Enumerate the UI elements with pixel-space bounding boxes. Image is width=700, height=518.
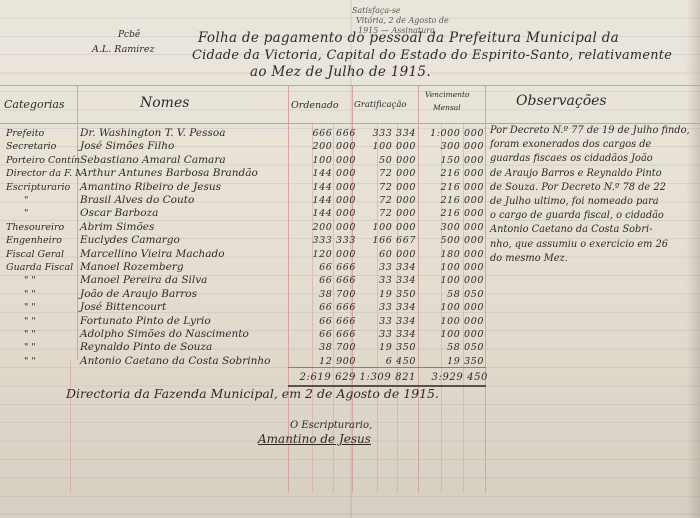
totals-top-rule: [288, 367, 486, 368]
observacao-line: nho, que assumiu o exercicio em 26: [490, 238, 696, 252]
place-date-line: Directoria da Fazenda Municipal, em 2 de…: [66, 386, 439, 401]
observacao-line: Antonio Caetano da Costa Sobri-: [490, 223, 696, 237]
row-nome: Antonio Caetano da Costa Sobrinho: [80, 353, 270, 370]
observacao-line: de Souza. Por Decreto N.º 78 de 22: [490, 181, 696, 195]
margin-note-line1: Pcbê: [118, 30, 140, 40]
title-line-1: Folha de pagamento do pessoal da Prefeit…: [198, 30, 619, 46]
header-ordenado: Ordenado: [291, 100, 339, 111]
title-line-2: Cidade da Victoria, Capital do Estado do…: [192, 48, 672, 63]
title-line-3: ao Mez de Julho de 1915.: [250, 64, 431, 80]
header-categorias: Categorias: [4, 98, 65, 111]
signature: Amantino de Jesus: [258, 432, 371, 446]
margin-rule-lower: [70, 360, 71, 493]
header-gratificacao: Gratificação: [354, 100, 407, 110]
total-ordenado: 2:619 629: [282, 369, 356, 386]
observacao-line: de Araujo Barros e Reynaldo Pinto: [490, 167, 696, 181]
stamp-note-1: Satisfaça-se: [352, 6, 401, 15]
header-vencimento-2: Mensal: [433, 103, 461, 112]
header-nomes: Nomes: [140, 95, 189, 111]
observacoes-text: Por Decreto N.º 77 de 19 de Julho findo,…: [490, 124, 696, 266]
stamp-note-2: Vitória, 2 de Agosto de: [356, 16, 449, 25]
observacao-line: Por Decreto N.º 77 de 19 de Julho findo,: [490, 124, 696, 138]
observacao-line: do mesmo Mez.: [490, 252, 696, 266]
ledger-page: Pcbê A.L. Ramirez Satisfaça-se Vitória, …: [0, 0, 700, 518]
header-vencimento-1: Vencimento: [425, 90, 470, 99]
total-gratificacao: 1:309 821: [352, 369, 416, 386]
observacao-line: foram exonerados dos cargos de: [490, 138, 696, 152]
observacao-line: o cargo de guarda fiscal, o cidadão: [490, 209, 696, 223]
header-observacoes: Observações: [516, 93, 607, 109]
total-vencimento: 3:929 450: [420, 369, 488, 386]
observacao-line: guardas fiscaes os cidadãos João: [490, 152, 696, 166]
signatory-role: O Escripturario,: [290, 420, 372, 431]
header-top-rule: [0, 85, 700, 86]
observacao-line: de Julho ultimo, foi nomeado para: [490, 195, 696, 209]
margin-note-line2: A.L. Ramirez: [92, 44, 154, 55]
